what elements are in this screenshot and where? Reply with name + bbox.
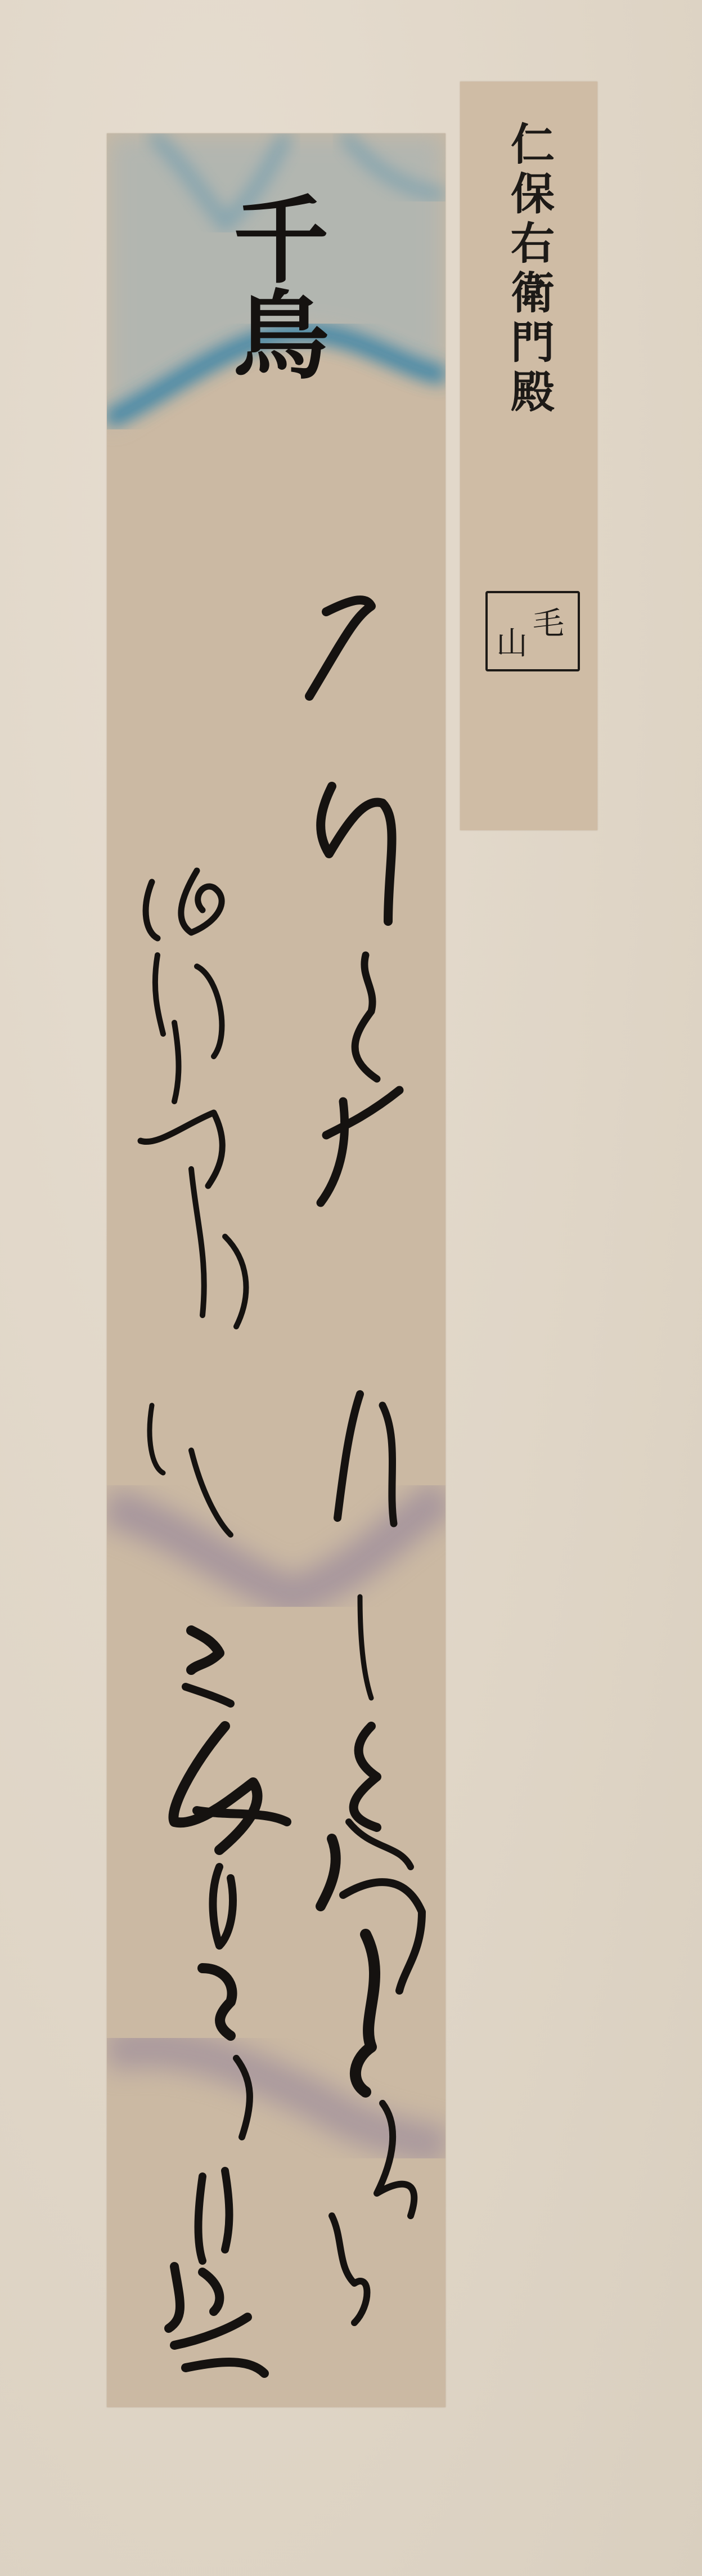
recipient-name: 仁保右衛門殿: [507, 121, 551, 418]
seal-stamp: 毛 山: [485, 591, 580, 671]
attribution-label: 仁保右衛門殿 毛 山: [460, 82, 597, 830]
poem-calligraphy: [107, 133, 445, 2407]
seal-glyph: 毛: [533, 599, 564, 644]
tanzaku-poem-strip: 千鳥: [107, 133, 445, 2407]
seal-glyph: 山: [496, 619, 528, 664]
